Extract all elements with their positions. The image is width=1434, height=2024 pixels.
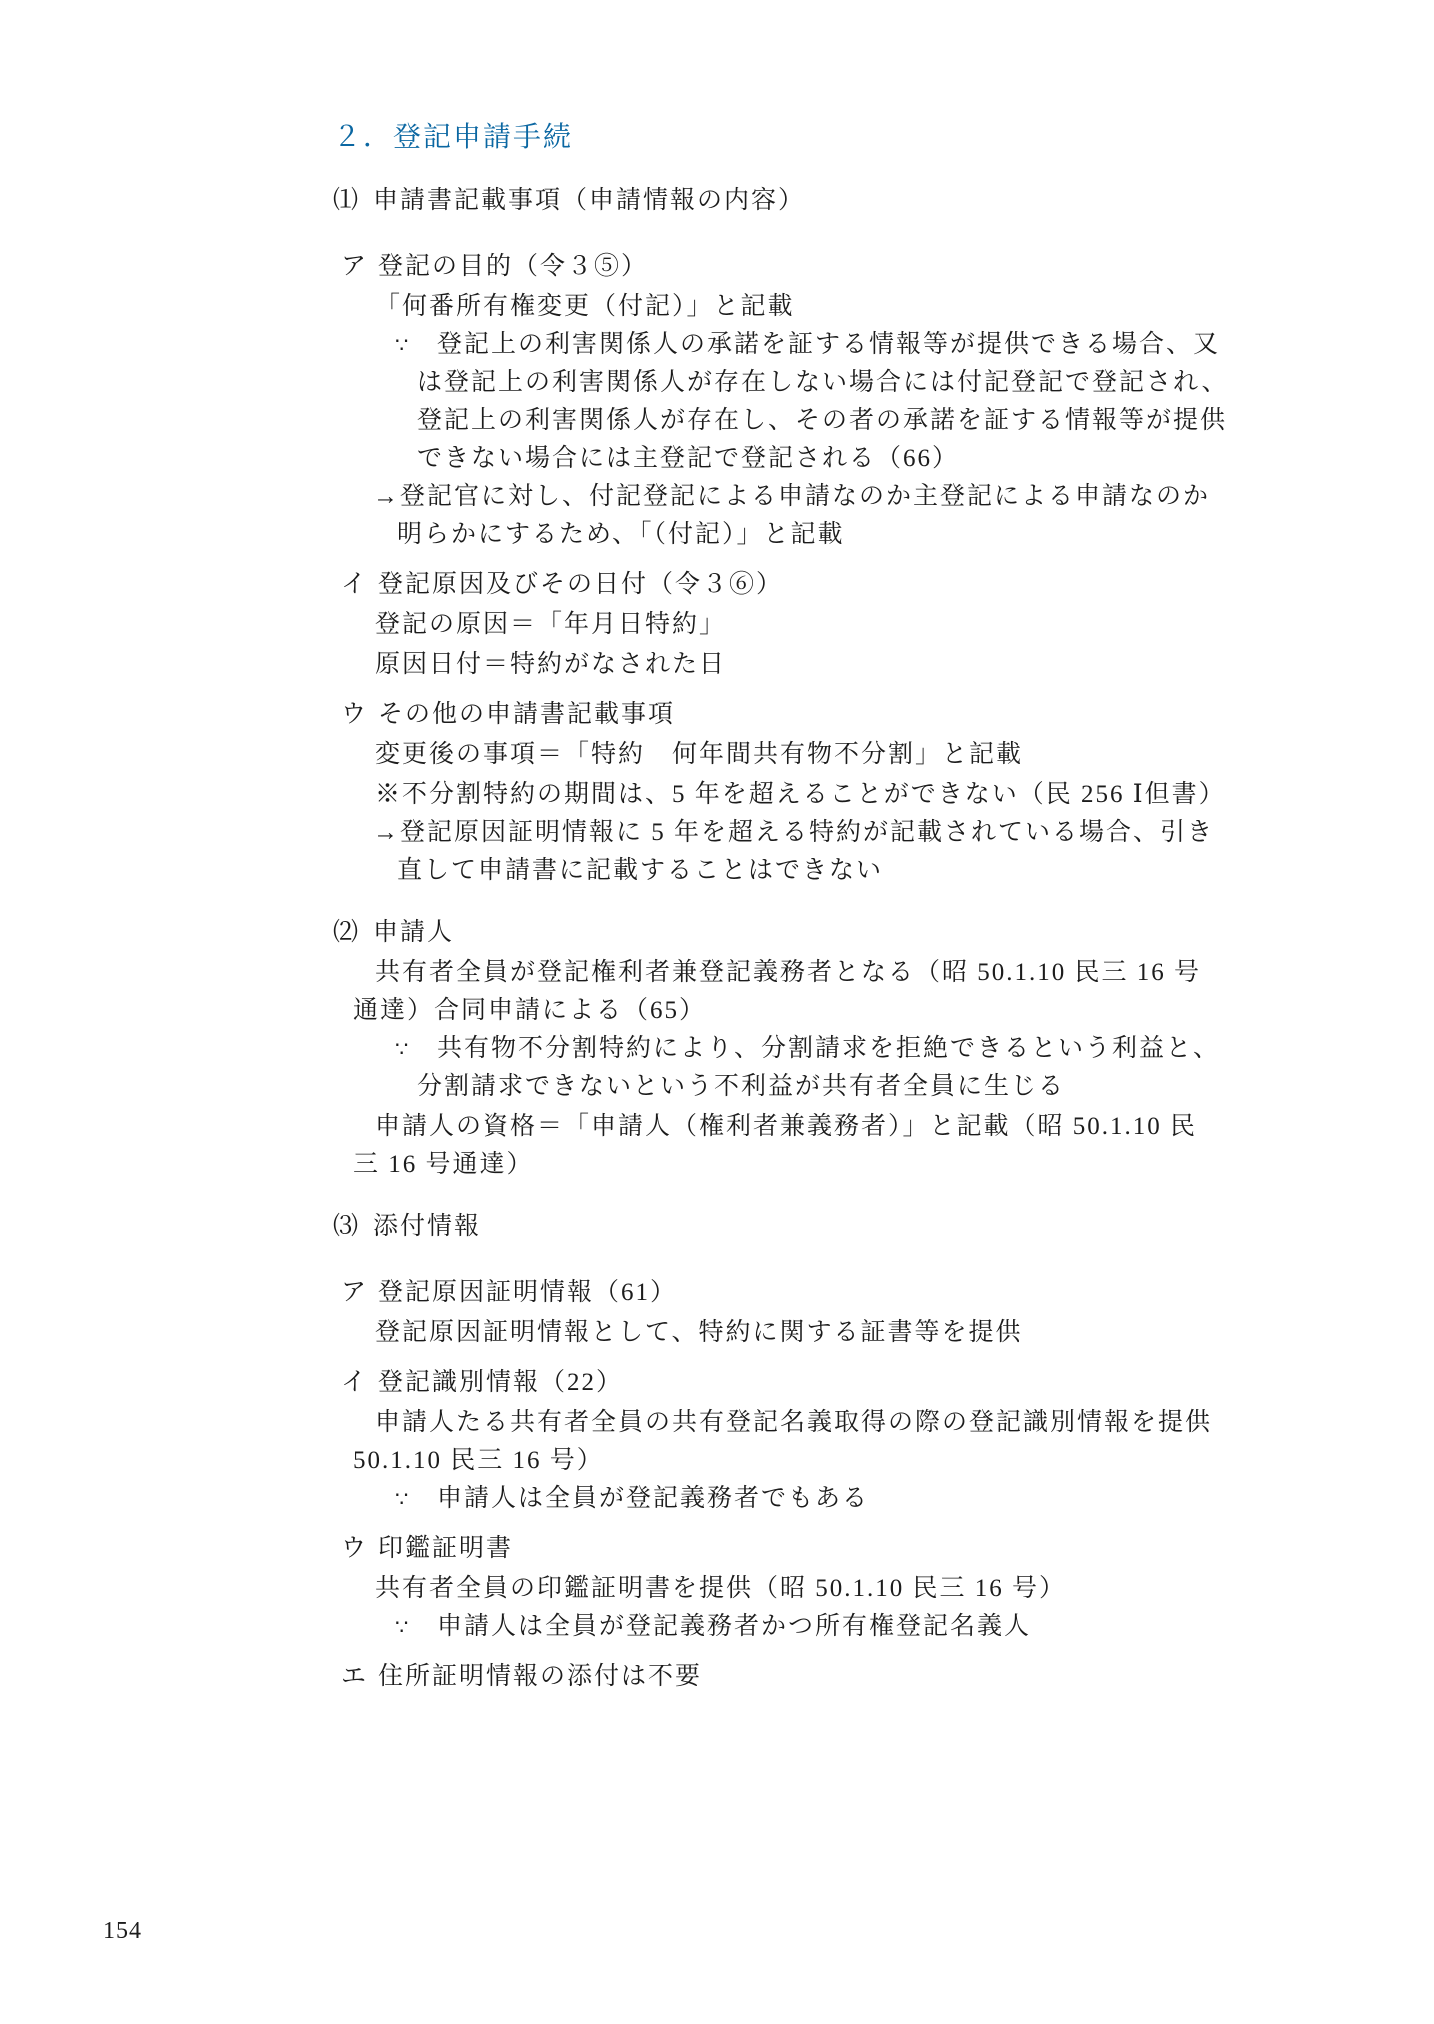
line-text: →登記原因証明情報に 5 年を超える特約が記載されている場合、引き [373,819,1214,846]
document-line: 三 16 号通達） [0,1150,1434,1180]
document-line: ⑶添付情報 [0,1212,1434,1242]
item-marker: イ [341,570,378,600]
line-text: 登記原因証明情報（61） [378,1279,677,1306]
item-marker: ウ [341,700,378,730]
item-marker: ウ [341,1534,378,1564]
document-line: 明らかにするため、「（付記）」と記載 [0,520,1434,550]
document-line: 変更後の事項＝「特約 何年間共有物不分割」と記載 [0,740,1434,770]
document-line: 申請人たる共有者全員の共有登記名義取得の際の登記識別情報を提供 [0,1408,1434,1438]
line-text: 変更後の事項＝「特約 何年間共有物不分割」と記載 [375,741,1023,768]
document-line: ※不分割特約の期間は、5 年を超えることができない（民 256 Ⅰ但書） [0,780,1434,810]
item-marker: ア [341,252,378,282]
document-page: ２．登記申請手続 ⑴申請書記載事項（申請情報の内容）ア登記の目的（令３⑤）「何番… [0,0,1434,2024]
line-text: 登記識別情報（22） [378,1369,623,1396]
document-line: イ登記識別情報（22） [0,1368,1434,1398]
line-text: 共有物不分割特約により、分割請求を拒絶できるという利益と、 [437,1035,1220,1062]
line-text: 三 16 号通達） [353,1151,534,1178]
line-text: 「何番所有権変更（付記）」と記載 [375,293,795,320]
line-text: 申請人たる共有者全員の共有登記名義取得の際の登記識別情報を提供 [375,1409,1212,1436]
page-title: ２．登記申請手続 [0,120,1434,154]
line-text: 住所証明情報の添付は不要 [378,1663,702,1690]
line-text: 分割請求できないという不利益が共有者全員に生じる [417,1073,1065,1100]
document-line: 申請人の資格＝「申請人（権利者兼義務者）」と記載（昭 50.1.10 民 [0,1112,1434,1142]
item-marker: エ [341,1662,378,1692]
line-text: ※不分割特約の期間は、5 年を超えることができない（民 256 Ⅰ但書） [375,781,1226,808]
document-line: ウ印鑑証明書 [0,1534,1434,1564]
document-line: 50.1.10 民三 16 号） [0,1446,1434,1476]
line-text: →登記官に対し、付記登記による申請なのか主登記による申請なのか [373,483,1210,510]
document-line: ⑴申請書記載事項（申請情報の内容） [0,186,1434,216]
line-text: 申請人は全員が登記義務者かつ所有権登記名義人 [437,1613,1031,1640]
item-marker: ア [341,1278,378,1308]
document-line: できない場合には主登記で登記される（66） [0,444,1434,474]
line-text: 直して申請書に記載することはできない [397,857,883,884]
item-marker: ∵ [395,1612,437,1642]
line-text: 共有者全員が登記権利者兼登記義務者となる（昭 50.1.10 民三 16 号 [375,959,1201,986]
line-text: 申請人 [373,919,454,946]
line-text: 印鑑証明書 [378,1535,513,1562]
line-text: 共有者全員の印鑑証明書を提供（昭 50.1.10 民三 16 号） [375,1575,1066,1602]
item-marker: ⑴ [333,186,373,216]
line-text: 登記原因証明情報として、特約に関する証書等を提供 [375,1319,1023,1346]
document-line: →登記官に対し、付記登記による申請なのか主登記による申請なのか [0,482,1434,512]
line-text: 申請書記載事項（申請情報の内容） [373,187,805,214]
document-line: 「何番所有権変更（付記）」と記載 [0,292,1434,322]
document-line: ウその他の申請書記載事項 [0,700,1434,730]
document-line: 共有者全員の印鑑証明書を提供（昭 50.1.10 民三 16 号） [0,1574,1434,1604]
document-line: 登記原因証明情報として、特約に関する証書等を提供 [0,1318,1434,1348]
line-text: 登記上の利害関係人が存在し、その者の承諾を証する情報等が提供 [417,407,1227,434]
document-line: は登記上の利害関係人が存在しない場合には付記登記で登記され、 [0,368,1434,398]
document-line: 原因日付＝特約がなされた日 [0,650,1434,680]
item-marker: ∵ [395,1034,437,1064]
line-text: 申請人は全員が登記義務者でもある [437,1485,869,1512]
document-line: ∵共有物不分割特約により、分割請求を拒絶できるという利益と、 [0,1034,1434,1064]
line-text: 50.1.10 民三 16 号） [353,1447,604,1474]
document-line: ∵申請人は全員が登記義務者でもある [0,1484,1434,1514]
document-line: 登記の原因＝「年月日特約」 [0,610,1434,640]
line-text: 原因日付＝特約がなされた日 [375,651,726,678]
document-line: 分割請求できないという不利益が共有者全員に生じる [0,1072,1434,1102]
line-text: 登記の原因＝「年月日特約」 [375,611,726,638]
page-number: 154 [103,1918,142,1945]
line-text: 申請人の資格＝「申請人（権利者兼義務者）」と記載（昭 50.1.10 民 [375,1113,1197,1140]
document-line: ∵申請人は全員が登記義務者かつ所有権登記名義人 [0,1612,1434,1642]
line-text: 登記の目的（令３⑤） [378,253,648,280]
line-text: 添付情報 [373,1213,481,1240]
item-marker: ⑶ [333,1212,373,1242]
document-line: 直して申請書に記載することはできない [0,856,1434,886]
document-line: ∵登記上の利害関係人の承諾を証する情報等が提供できる場合、又 [0,330,1434,360]
line-text: 明らかにするため、「（付記）」と記載 [397,521,845,548]
item-marker: ∵ [395,330,437,360]
line-text: 登記上の利害関係人の承諾を証する情報等が提供できる場合、又 [437,331,1220,358]
line-text: できない場合には主登記で登記される（66） [417,445,959,472]
document-line: 共有者全員が登記権利者兼登記義務者となる（昭 50.1.10 民三 16 号 [0,958,1434,988]
line-text: 通達）合同申請による（65） [353,997,706,1024]
document-line: 登記上の利害関係人が存在し、その者の承諾を証する情報等が提供 [0,406,1434,436]
line-text: 登記原因及びその日付（令３⑥） [378,571,783,598]
document-body: ⑴申請書記載事項（申請情報の内容）ア登記の目的（令３⑤）「何番所有権変更（付記）… [0,186,1434,1692]
document-line: ア登記の目的（令３⑤） [0,252,1434,282]
line-text: は登記上の利害関係人が存在しない場合には付記登記で登記され、 [417,369,1229,396]
document-line: 通達）合同申請による（65） [0,996,1434,1026]
document-line: ア登記原因証明情報（61） [0,1278,1434,1308]
document-line: ⑵申請人 [0,918,1434,948]
line-text: その他の申請書記載事項 [378,701,675,728]
document-line: イ登記原因及びその日付（令３⑥） [0,570,1434,600]
item-marker: ⑵ [333,918,373,948]
item-marker: イ [341,1368,378,1398]
item-marker: ∵ [395,1484,437,1514]
document-line: エ住所証明情報の添付は不要 [0,1662,1434,1692]
document-line: →登記原因証明情報に 5 年を超える特約が記載されている場合、引き [0,818,1434,848]
